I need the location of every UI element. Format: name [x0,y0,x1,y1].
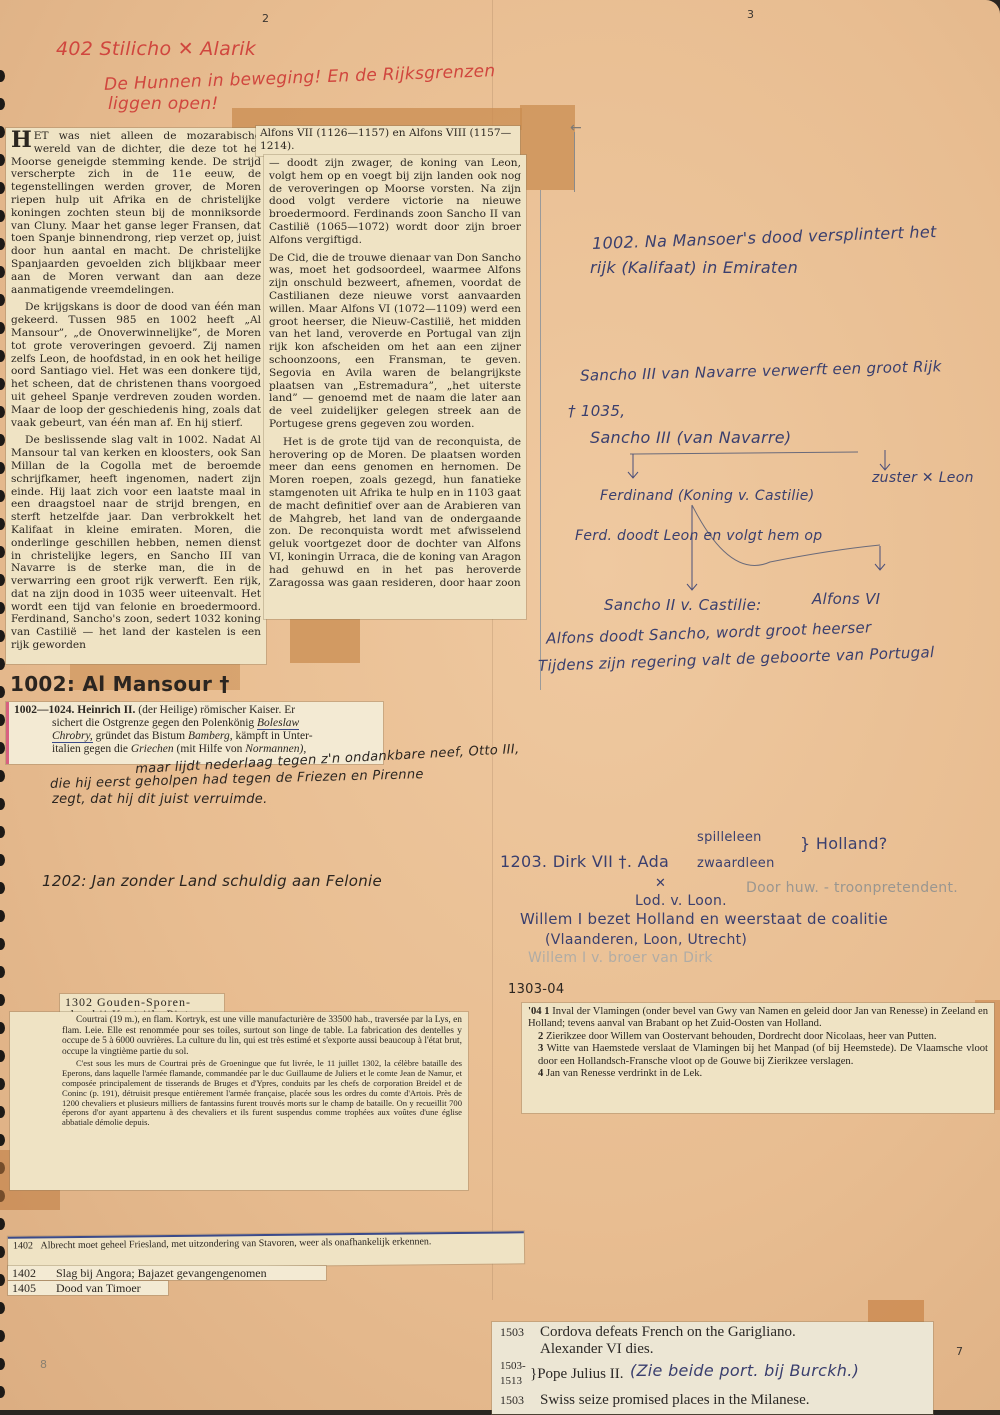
text: Alexander VI dies. [540,1341,653,1357]
text: Dood van Timoer [56,1281,141,1295]
text: Cordova defeats French on the Garigliano… [540,1324,796,1340]
text: Albrecht moet geheel Friesland, met uitz… [40,1236,431,1251]
text: (mit Hilfe von [177,743,243,755]
chrobry: Chrobry, [52,730,93,742]
list-item: 3 Witte van Haemstede verslaat de Vlamin… [528,1043,988,1068]
note-mansoer-dood: 1002. Na Mansoer's dood versplintert het [592,222,937,253]
drop-cap: H [11,130,32,150]
scrapbook-page: 2 3 8 7 402 Stilicho ✕ Alarik De Hunnen … [0,0,1000,1410]
text: }Pope Julius II. [530,1366,623,1383]
tree-alfons-vi: Alfons VI [812,590,880,608]
list-item: Alexander VI dies. [500,1341,925,1358]
tape-strip [520,105,575,190]
text: kämpft in Unter- [235,730,312,742]
newspaper-header-clip: Alfons VII (1126—1157) en Alfons VIII (1… [256,126,520,156]
tree-sancho-ii: Sancho II v. Castilie: [604,596,761,614]
note-heinrich-3: zegt, dat hij dit juist verruimde. [52,792,268,807]
note-spilleleen: spilleleen [697,830,762,845]
text: sichert die Ostgrenze gegen den Polenkön… [52,717,254,729]
page-number-top-right: 3 [747,8,754,21]
courtrai-paragraph-2: C'est sous les murs de Courtrai près de … [62,1059,462,1128]
courtrai-paragraph-1: Courtrai (19 m.), en flam. Kortryk, est … [62,1015,462,1057]
text: italien gegen die [52,743,128,755]
tree-ferdinand: Ferdinand (Koning v. Castilie) [600,488,814,504]
arrow-left-icon: ← [570,120,582,136]
marriage-x: ✕ [655,876,666,891]
pencil-line [574,132,575,192]
tree-zuster-leon: zuster ✕ Leon [872,470,974,486]
text: Slag bij Angora; Bajazet gevangengenomen [56,1266,267,1280]
angora-clip: 1402Slag bij Angora; Bajazet gevangengen… [8,1266,326,1280]
page-number-bottom-left: 8 [40,1358,47,1371]
note-jan-zonder-land: 1202: Jan zonder Land schuldig aan Felon… [42,872,382,890]
page-number-top-left: 2 [262,12,269,25]
article-paragraph: — doodt zijn zwager, de koning van Leon,… [269,157,521,247]
article-paragraph: Het is de grote tijd van de reconquista,… [269,436,521,590]
red-note-hunnen: De Hunnen in beweging! En de Rijksgrenze… [104,61,496,95]
boleslaw: Boleslaw [257,717,299,729]
list-item: 4 Jan van Renesse verdrinkt in de Lek. [528,1068,988,1080]
heinrich-name: Heinrich II. [77,704,135,716]
red-note-open: liggen open! [108,94,219,114]
item-text: Zierikzee door Willem van Oostervant beh… [546,1031,937,1042]
newspaper-clip-column-1: HET was niet alleen de mozarabische were… [6,128,266,664]
item-number: 3 [538,1043,543,1054]
timoer-clip: 1405Dood van Timoer [8,1281,168,1295]
courtrai-clip: Courtrai (19 m.), en flam. Kortryk, est … [10,1012,468,1190]
note-troonpretendent: Door huw. - troonpretendent. [746,880,958,896]
item-text: Witte van Haemstede verslaat de Vlaminge… [538,1043,988,1066]
year: 1503 [500,1324,540,1341]
note-holland: } Holland? [800,834,888,853]
list-item: 1503Swiss seize promised places in the M… [500,1392,925,1409]
friesland-clip: 1402 Albrecht moet geheel Friesland, met… [8,1231,524,1268]
item-text: Jan van Renesse verdrinkt in de Lek. [546,1068,702,1079]
text: gründet das Bistum [96,730,185,742]
note-death-1035: † 1035, [568,402,625,420]
list-item: 2 Zierikzee door Willem van Oostervant b… [528,1031,988,1043]
note-lod-v-loon: Lod. v. Loon. [635,893,727,909]
note-coalitie-members: (Vlaanderen, Loon, Utrecht) [545,932,747,948]
holland-1303-clip: '04 1 Inval der Vlamingen (onder bevel v… [522,1003,994,1113]
text: (der Heilige) römischer Kaiser. Er [138,704,295,716]
note-zwaardleen: zwaardleen [697,856,775,871]
note-kalifaat: rijk (Kalifaat) in Emiraten [590,258,798,277]
note-willem-bezet: Willem I bezet Holland en weerstaat de c… [520,910,888,928]
note-broer-van-dirk: Willem I v. broer van Dirk [528,950,713,966]
tree-ferd-doodt-leon: Ferd. doodt Leon en volgt hem op [575,528,822,544]
handwritten-note: (Zie beide port. bij Burckh.) [630,1362,859,1379]
note-dirk-vii: 1203. Dirk VII †. Ada [500,852,669,871]
label-al-mansour: 1002: Al Mansour † [10,672,230,696]
article-paragraph: ET was niet alleen de mozarabische werel… [11,130,261,296]
year: 1402 [13,1240,33,1251]
text: Swiss seize promised places in the Milan… [540,1392,810,1408]
year: 1402 [12,1266,56,1280]
label-1303-04: 1303-04 [508,982,564,997]
english-timeline-clip: 1503Cordova defeats French on the Garigl… [492,1322,933,1414]
bamberg: Bamberg, [188,730,233,742]
list-item: '04 1 Inval der Vlamingen (onder bevel v… [528,1006,988,1031]
note-alfons-doodt-sancho: Alfons doodt Sancho, wordt groot heerser [546,618,872,647]
item-number: 2 [538,1031,543,1042]
note-portugal: Tijdens zijn regering valt de geboorte v… [538,643,935,675]
pencil-margin-line [540,190,541,690]
year: 1405 [12,1281,56,1295]
heinrich-years: 1002—1024. [14,704,74,716]
newspaper-clip-column-2: — doodt zijn zwager, de koning van Leon,… [264,155,526,619]
article-paragraph: De krijgskans is door de dood van één ma… [11,301,261,429]
note-sancho-iii: Sancho III van Navarre verwerft een groo… [580,357,942,384]
list-item: 1503Cordova defeats French on the Garigl… [500,1324,925,1341]
item-number: '04 1 [528,1006,550,1017]
year: 1503 [500,1392,540,1409]
item-number: 4 [538,1068,543,1079]
item-text: Inval der Vlamingen (onder bevel van Gwy… [528,1006,988,1029]
header-text: Alfons VII (1126—1157) en Alfons VIII (1… [260,127,511,152]
page-number-bottom-right: 7 [956,1345,963,1358]
tape-strip [290,618,360,663]
red-note-stilicho: 402 Stilicho ✕ Alarik [56,38,256,60]
griechen: Griechen [131,743,174,755]
article-paragraph: De beslissende slag valt in 1002. Nadat … [11,434,261,652]
list-item: 1503- 1513 }Pope Julius II. (Zie beide p… [500,1358,925,1392]
article-paragraph: De Cid, die de trouwe dienaar van Don Sa… [269,252,521,431]
